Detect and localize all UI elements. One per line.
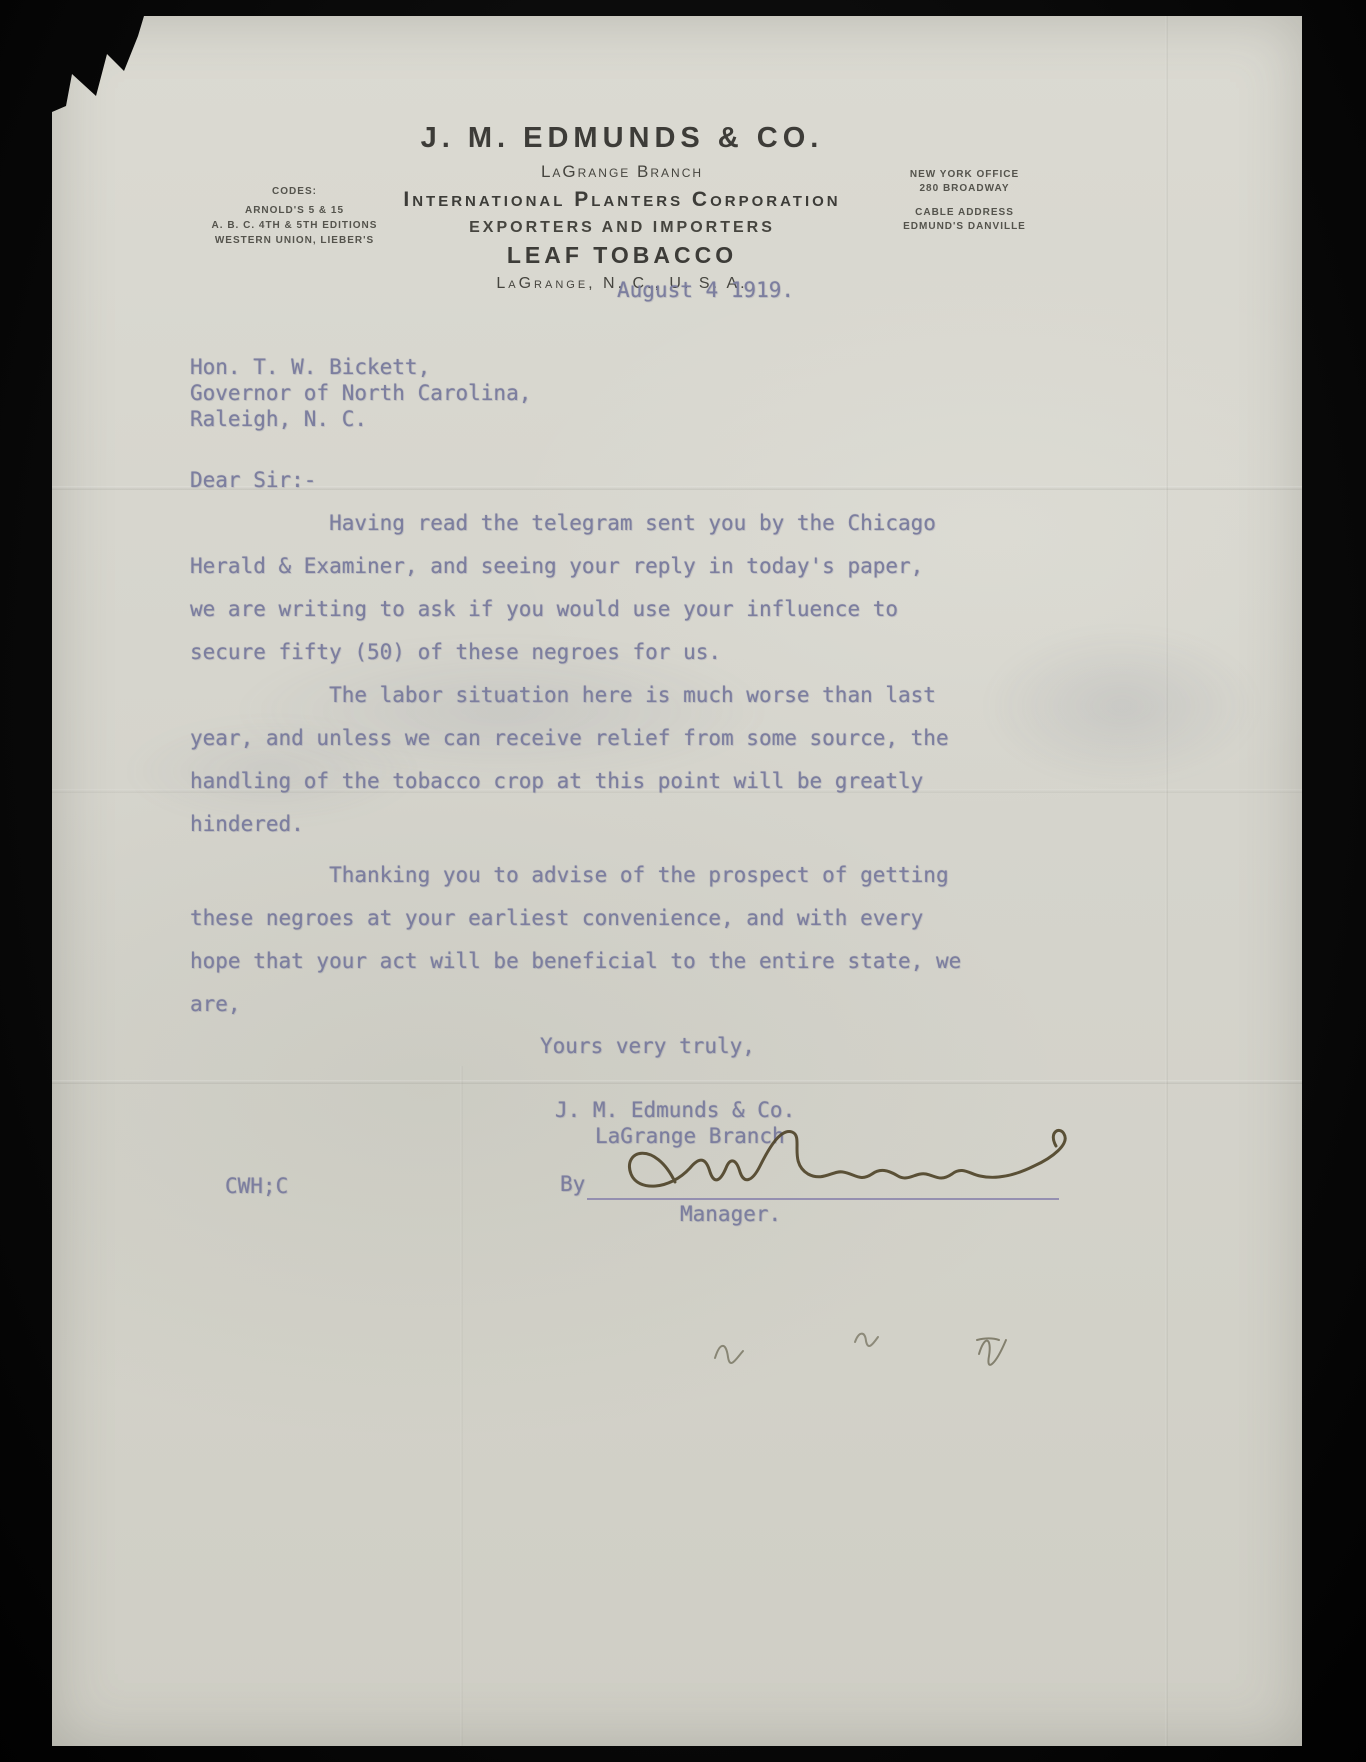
body-paragraph-1: Having read the telegram sent you by the…	[190, 502, 936, 674]
letterhead: J. M. EDMUNDS & CO. LaGrange Branch Inte…	[302, 122, 942, 293]
fold-crease-vertical-lower	[460, 1066, 463, 1746]
body-paragraph-3: Thanking you to advise of the prospect o…	[190, 854, 961, 1026]
letterhead-ny-office-block: NEW YORK OFFICE 280 BROADWAY CABLE ADDRE…	[867, 168, 1062, 234]
salutation: Dear Sir:-	[190, 468, 316, 492]
codes-title: CODES:	[202, 184, 387, 199]
date-line: August 4 1919.	[617, 278, 794, 302]
letter-page: J. M. EDMUNDS & CO. LaGrange Branch Inte…	[52, 16, 1302, 1746]
pencil-marks	[627, 1296, 1027, 1396]
reference-initials: CWH;C	[225, 1174, 288, 1198]
signature-company: J. M. Edmunds & Co.	[555, 1098, 795, 1122]
by-label: By	[560, 1172, 585, 1196]
fold-crease-bottom	[52, 1080, 1302, 1084]
signature-title: Manager.	[680, 1202, 781, 1226]
codes-list: ARNOLD'S 5 & 15 A. B. C. 4TH & 5TH EDITI…	[202, 203, 387, 248]
bleed-through-ghost	[982, 626, 1262, 786]
fold-crease-vertical-right	[1165, 16, 1168, 1746]
body-paragraph-2: The labor situation here is much worse t…	[190, 674, 949, 846]
cable-address: CABLE ADDRESS EDMUND'S DANVILLE	[867, 206, 1062, 234]
recipient-address-block: Hon. T. W. Bickett, Governor of North Ca…	[190, 354, 531, 432]
letterhead-branch: LaGrange Branch	[302, 162, 942, 182]
letterhead-codes-block: CODES: ARNOLD'S 5 & 15 A. B. C. 4TH & 5T…	[202, 184, 387, 248]
letterhead-company-name: J. M. EDMUNDS & CO.	[302, 122, 942, 155]
complimentary-closing: Yours very truly,	[540, 1034, 755, 1058]
ny-office-address: NEW YORK OFFICE 280 BROADWAY	[867, 168, 1062, 196]
letterhead-corporation: International Planters Corporation	[302, 188, 942, 212]
letterhead-product: LEAF TOBACCO	[302, 242, 942, 269]
signature-handwriting	[600, 1124, 1100, 1210]
letterhead-business-type: EXPORTERS AND IMPORTERS	[302, 219, 942, 237]
